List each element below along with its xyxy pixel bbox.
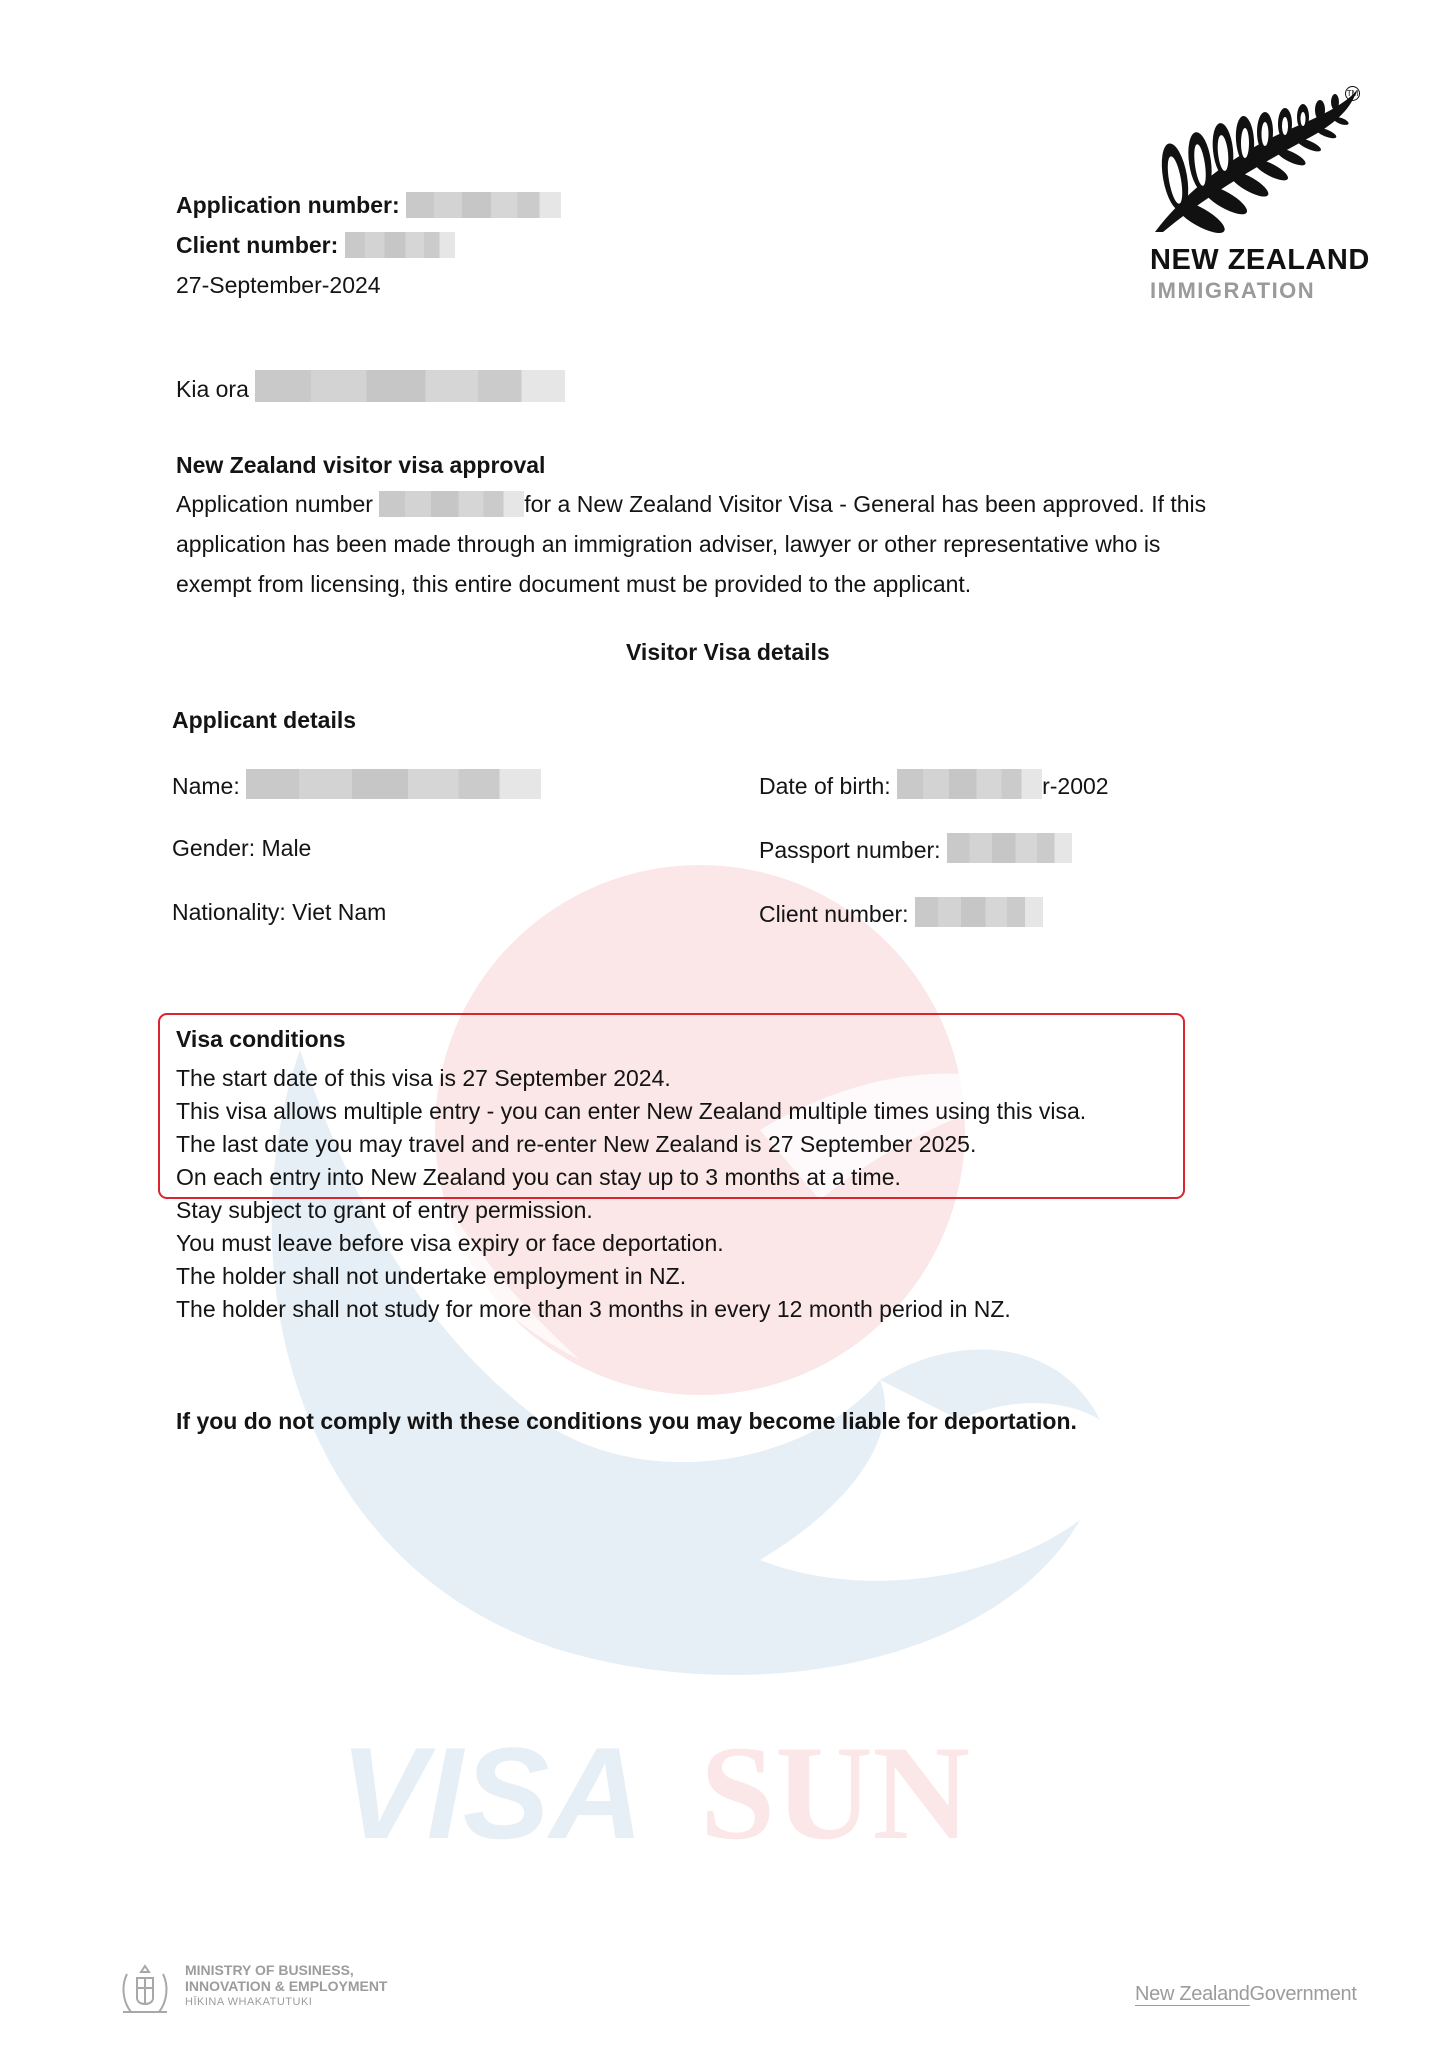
deportation-warning: If you do not comply with these conditio… — [176, 1406, 1077, 1436]
approval-heading: New Zealand visitor visa approval — [176, 450, 545, 480]
trademark-symbol: TM — [1345, 86, 1360, 101]
condition-start-date: The start date of this visa is 27 Septem… — [176, 1063, 671, 1093]
redacted-name — [246, 769, 541, 799]
applicant-gender: Gender: Male — [172, 833, 311, 863]
applicant-name: Name: — [172, 769, 541, 801]
redacted-client-number — [345, 232, 455, 258]
condition-entry-permission: Stay subject to grant of entry permissio… — [176, 1195, 593, 1225]
silver-fern-icon — [1145, 82, 1375, 242]
ministry-line-2: INNOVATION & EMPLOYMENT — [185, 1978, 387, 1994]
condition-leave-before-expiry: You must leave before visa expiry or fac… — [176, 1228, 724, 1258]
applicant-nationality: Nationality: Viet Nam — [172, 897, 386, 927]
visa-details-heading: Visitor Visa details — [626, 637, 830, 667]
letter-date: 27-September-2024 — [176, 270, 381, 300]
nz-government-part-1: New Zealand — [1135, 1983, 1250, 2006]
mbie-footer-logo: MINISTRY OF BUSINESS, INNOVATION & EMPLO… — [115, 1960, 445, 2020]
condition-multiple-entry: This visa allows multiple entry - you ca… — [176, 1096, 1086, 1126]
approval-paragraph-line-3: exempt from licensing, this entire docum… — [176, 569, 971, 599]
approval-paragraph-line-2: application has been made through an imm… — [176, 529, 1160, 559]
redacted-application-number-inline — [379, 491, 524, 517]
approval-paragraph-line-1: Application number for a New Zealand Vis… — [176, 489, 1206, 519]
nz-government-part-2: Government — [1250, 1983, 1357, 2005]
ministry-line-1: MINISTRY OF BUSINESS, — [185, 1962, 387, 1978]
redacted-application-number — [406, 192, 561, 218]
visa-conditions-heading: Visa conditions — [176, 1024, 346, 1054]
applicant-client-number: Client number: — [759, 897, 1043, 929]
condition-last-travel-date: The last date you may travel and re-ente… — [176, 1129, 976, 1159]
redacted-date-of-birth — [897, 769, 1042, 799]
logo-line-new-zealand: NEW ZEALAND — [1150, 244, 1370, 277]
nz-coat-of-arms-icon — [115, 1960, 175, 2018]
redacted-passport-number — [947, 833, 1072, 863]
applicant-details-heading: Applicant details — [172, 705, 356, 735]
nz-government-logo: New ZealandGovernment — [1135, 1983, 1357, 2006]
nz-immigration-logo: TM NEW ZEALAND IMMIGRATION — [1145, 82, 1375, 312]
greeting: Kia ora — [176, 370, 565, 404]
condition-no-employment: The holder shall not undertake employmen… — [176, 1261, 686, 1291]
redacted-client-number-2 — [915, 897, 1043, 927]
application-number-label: Application number: — [176, 190, 561, 220]
applicant-date-of-birth: Date of birth: r-2002 — [759, 769, 1109, 801]
logo-line-immigration: IMMIGRATION — [1150, 278, 1315, 304]
redacted-applicant-name — [255, 370, 565, 402]
applicant-passport-number: Passport number: — [759, 833, 1072, 865]
ministry-line-3: HĪKINA WHAKATUTUKI — [185, 1994, 387, 2010]
client-number-label: Client number: — [176, 230, 455, 260]
condition-stay-duration: On each entry into New Zealand you can s… — [176, 1162, 901, 1192]
condition-study-limit: The holder shall not study for more than… — [176, 1294, 1011, 1324]
